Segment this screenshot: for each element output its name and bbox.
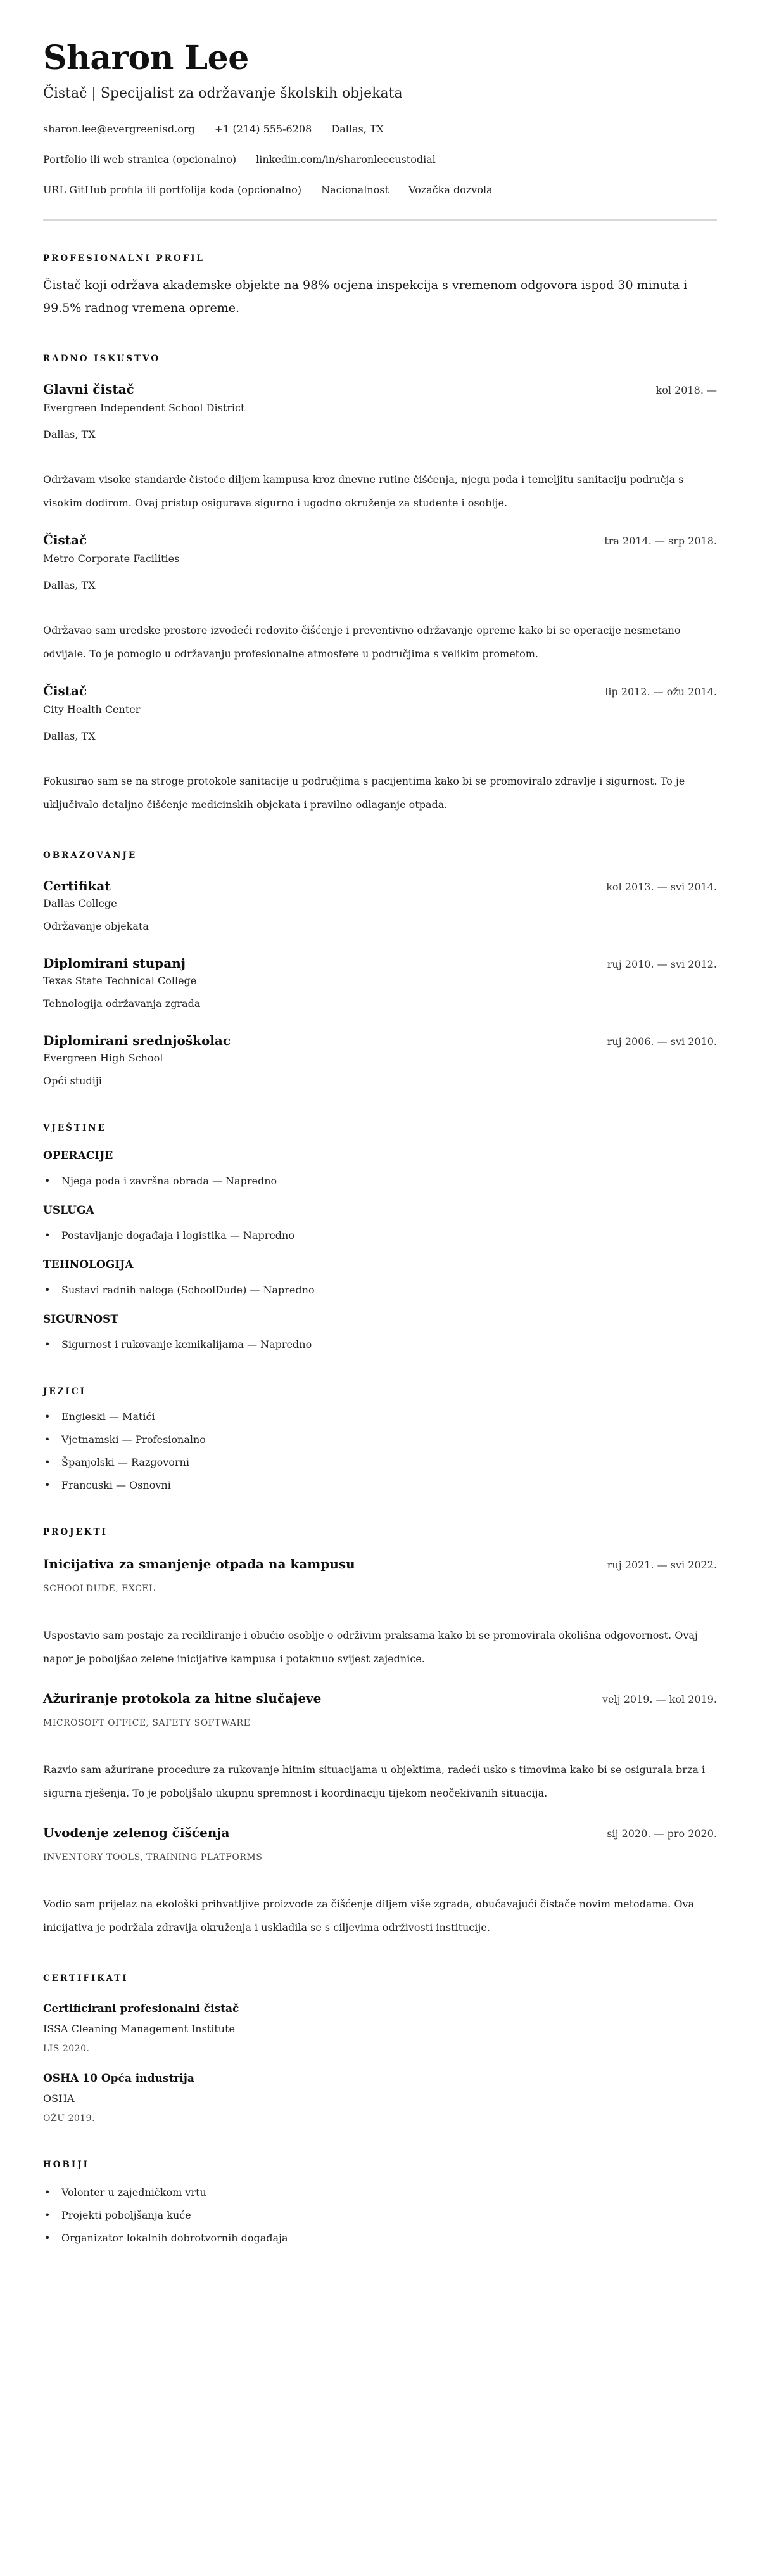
hobbies-list: •Volonter u zajedničkom vrtu•Projekti po… <box>43 2185 717 2246</box>
bullet-icon: • <box>44 2231 50 2246</box>
skill-text: Njega poda i završna obrada — Napredno <box>61 1175 277 1187</box>
entry-header: Inicijativa za smanjenje otpada na kampu… <box>43 1555 717 1573</box>
bullet-icon: • <box>44 1228 50 1243</box>
school-name: Texas State Technical College <box>43 973 717 989</box>
contact-line-1: sharon.lee@evergreenisd.org +1 (214) 555… <box>43 122 717 137</box>
github-link[interactable]: URL GitHub profila ili portfolija koda (… <box>43 184 301 196</box>
project-name: Uvođenje zelenog čišćenja <box>43 1824 229 1842</box>
project-dates: velj 2019. — kol 2019. <box>602 1692 717 1707</box>
company-name: Metro Corporate Facilities <box>43 551 717 567</box>
email-link[interactable]: sharon.lee@evergreenisd.org <box>43 123 195 135</box>
bullet-icon: • <box>44 1455 50 1470</box>
portfolio-link[interactable]: Portfolio ili web stranica (opcionalno) <box>43 153 236 165</box>
school-name: Evergreen High School <box>43 1051 717 1066</box>
hobby-item: •Projekti poboljšanja kuće <box>43 2208 717 2223</box>
languages-list: •Engleski — Matići•Vjetnamski — Profesio… <box>43 1409 717 1493</box>
section-title-profile: Profesionalni profil <box>43 252 717 265</box>
drivers-license-text: Vozačka dozvola <box>408 184 493 196</box>
job-location: Dallas, TX <box>43 729 717 744</box>
skill-group-title: TEHNOLOGIJA <box>43 1257 717 1272</box>
section-title-education: Obrazovanje <box>43 849 717 862</box>
job-dates: lip 2012. — ožu 2014. <box>605 684 717 700</box>
skill-group: SIGURNOST•Sigurnost i rukovanje kemikali… <box>43 1312 717 1352</box>
skill-text: Sustavi radnih naloga (SchoolDude) — Nap… <box>61 1284 315 1296</box>
linkedin-link[interactable]: linkedin.com/in/sharonleecustodial <box>256 153 436 165</box>
projects-list: Inicijativa za smanjenje otpada na kampu… <box>43 1555 717 1939</box>
entry-header: Certifikatkol 2013. — svi 2014. <box>43 877 717 895</box>
resume-header: Sharon Lee Čistač | Specijalist za održa… <box>43 37 717 221</box>
skill-group-title: OPERACIJE <box>43 1148 717 1163</box>
job-dates: tra 2014. — srp 2018. <box>604 534 717 549</box>
language-item: •Vjetnamski — Profesionalno <box>43 1432 717 1447</box>
resume-page: Sharon Lee Čistač | Specijalist za održa… <box>0 0 760 2291</box>
header-divider <box>43 219 717 221</box>
entry-header: Čistačlip 2012. — ožu 2014. <box>43 682 717 700</box>
skill-text: Postavljanje događaja i logistika — Napr… <box>61 1229 294 1241</box>
entry-header: Ažuriranje protokola za hitne slučajevev… <box>43 1689 717 1707</box>
bullet-icon: • <box>44 1283 50 1298</box>
project-dates: sij 2020. — pro 2020. <box>607 1826 717 1842</box>
project-name: Ažuriranje protokola za hitne slučajeve <box>43 1689 321 1707</box>
skill-items: •Postavljanje događaja i logistika — Nap… <box>43 1228 717 1243</box>
bullet-icon: • <box>44 2185 50 2200</box>
skill-group: OPERACIJE•Njega poda i završna obrada — … <box>43 1148 717 1189</box>
projects-section: Projekti Inicijativa za smanjenje otpada… <box>43 1526 717 1939</box>
education-entry: Certifikatkol 2013. — svi 2014.Dallas Co… <box>43 877 717 934</box>
language-item: •Francuski — Osnovni <box>43 1478 717 1493</box>
experience-entry: Čistačlip 2012. — ožu 2014.City Health C… <box>43 682 717 816</box>
experience-list: Glavni čistačkol 2018. —Evergreen Indepe… <box>43 380 717 816</box>
section-title-skills: Vještine <box>43 1122 717 1134</box>
field-of-study: Održavanje objekata <box>43 919 717 934</box>
languages-section: Jezici •Engleski — Matići•Vjetnamski — P… <box>43 1385 717 1493</box>
contact-line-3: URL GitHub profila ili portfolija koda (… <box>43 183 717 198</box>
phone-link[interactable]: +1 (214) 555-6208 <box>215 123 312 135</box>
hobbies-section: Hobiji •Volonter u zajedničkom vrtu•Proj… <box>43 2158 717 2246</box>
education-dates: ruj 2006. — svi 2010. <box>607 1034 717 1049</box>
skill-item: •Postavljanje događaja i logistika — Nap… <box>43 1228 717 1243</box>
profile-summary: Čistač koji održava akademske objekte na… <box>43 274 717 319</box>
experience-entry: Čistačtra 2014. — srp 2018.Metro Corpora… <box>43 531 717 665</box>
field-of-study: Tehnologija održavanja zgrada <box>43 996 717 1011</box>
certificate-issuer: OSHA <box>43 2091 717 2106</box>
language-text: Vjetnamski — Profesionalno <box>61 1433 206 1445</box>
project-description: Vodio sam prijelaz na ekološki prihvatlj… <box>43 1892 717 1939</box>
certificate-entry: Certificirani profesionalni čistačISSA C… <box>43 2001 717 2056</box>
job-description: Održavam visoke standarde čistoće diljem… <box>43 468 717 515</box>
skill-group-title: USLUGA <box>43 1203 717 1218</box>
job-location: Dallas, TX <box>43 578 717 593</box>
company-name: Evergreen Independent School District <box>43 400 717 416</box>
project-entry: Ažuriranje protokola za hitne slučajevev… <box>43 1689 717 1805</box>
bullet-icon: • <box>44 1432 50 1447</box>
candidate-name: Sharon Lee <box>43 37 717 80</box>
language-item: •Engleski — Matići <box>43 1409 717 1425</box>
skill-items: •Sustavi radnih naloga (SchoolDude) — Na… <box>43 1283 717 1298</box>
certificate-issuer: ISSA Cleaning Management Institute <box>43 2022 717 2037</box>
entry-header: Uvođenje zelenog čišćenjasij 2020. — pro… <box>43 1824 717 1842</box>
education-list: Certifikatkol 2013. — svi 2014.Dallas Co… <box>43 877 717 1089</box>
project-entry: Inicijativa za smanjenje otpada na kampu… <box>43 1555 717 1670</box>
project-technologies: SchoolDude, Excel <box>43 1582 717 1596</box>
entry-header: Čistačtra 2014. — srp 2018. <box>43 531 717 549</box>
bullet-icon: • <box>44 1409 50 1425</box>
degree-name: Diplomirani stupanj <box>43 954 186 972</box>
skill-items: •Njega poda i završna obrada — Napredno <box>43 1174 717 1189</box>
skill-items: •Sigurnost i rukovanje kemikalijama — Na… <box>43 1337 717 1352</box>
experience-entry: Glavni čistačkol 2018. —Evergreen Indepe… <box>43 380 717 515</box>
job-description: Fokusirao sam se na stroge protokole san… <box>43 769 717 816</box>
skill-group: USLUGA•Postavljanje događaja i logistika… <box>43 1203 717 1243</box>
hobby-text: Volonter u zajedničkom vrtu <box>61 2186 206 2198</box>
certificate-name: OSHA 10 Opća industrija <box>43 2071 717 2086</box>
skill-item: •Sustavi radnih naloga (SchoolDude) — Na… <box>43 1283 717 1298</box>
skill-group: TEHNOLOGIJA•Sustavi radnih naloga (Schoo… <box>43 1257 717 1298</box>
section-title-certificates: Certifikati <box>43 1972 717 1985</box>
bullet-icon: • <box>44 2208 50 2223</box>
location-text: Dallas, TX <box>331 123 384 135</box>
degree-name: Certifikat <box>43 877 111 895</box>
nationality-text: Nacionalnost <box>321 184 389 196</box>
job-dates: kol 2018. — <box>656 383 717 398</box>
field-of-study: Opći studiji <box>43 1073 717 1089</box>
hobby-item: •Volonter u zajedničkom vrtu <box>43 2185 717 2200</box>
bullet-icon: • <box>44 1174 50 1189</box>
project-technologies: Inventory Tools, Training Platforms <box>43 1850 717 1864</box>
skills-section: Vještine OPERACIJE•Njega poda i završna … <box>43 1122 717 1352</box>
section-title-hobbies: Hobiji <box>43 2158 717 2171</box>
project-dates: ruj 2021. — svi 2022. <box>607 1558 717 1573</box>
certificate-name: Certificirani profesionalni čistač <box>43 2001 717 2016</box>
education-dates: ruj 2010. — svi 2012. <box>607 957 717 972</box>
bullet-icon: • <box>44 1337 50 1352</box>
entry-header: Diplomirani srednjoškolacruj 2006. — svi… <box>43 1032 717 1049</box>
skill-group-title: SIGURNOST <box>43 1312 717 1327</box>
language-text: Engleski — Matići <box>61 1411 155 1423</box>
language-text: Francuski — Osnovni <box>61 1479 171 1491</box>
education-entry: Diplomirani stupanjruj 2010. — svi 2012.… <box>43 954 717 1011</box>
education-entry: Diplomirani srednjoškolacruj 2006. — svi… <box>43 1032 717 1089</box>
job-title: Čistač <box>43 682 87 700</box>
certificate-entry: OSHA 10 Opća industrijaOSHAožu 2019. <box>43 2071 717 2125</box>
section-title-experience: Radno iskustvo <box>43 352 717 365</box>
job-description: Održavao sam uredske prostore izvodeći r… <box>43 618 717 665</box>
company-name: City Health Center <box>43 702 717 717</box>
bullet-icon: • <box>44 1478 50 1493</box>
certificate-date: lis 2020. <box>43 2042 717 2056</box>
entry-header: Diplomirani stupanjruj 2010. — svi 2012. <box>43 954 717 972</box>
skill-item: •Njega poda i završna obrada — Napredno <box>43 1174 717 1189</box>
candidate-headline: Čistač | Specijalist za održavanje škols… <box>43 84 717 104</box>
hobby-item: •Organizator lokalnih dobrotvornih događ… <box>43 2231 717 2246</box>
project-description: Razvio sam ažurirane procedure za rukova… <box>43 1758 717 1805</box>
hobby-text: Organizator lokalnih dobrotvornih događa… <box>61 2232 288 2244</box>
job-title: Glavni čistač <box>43 380 134 398</box>
certificate-date: ožu 2019. <box>43 2111 717 2125</box>
section-title-projects: Projekti <box>43 1526 717 1539</box>
project-name: Inicijativa za smanjenje otpada na kampu… <box>43 1555 355 1573</box>
hobby-text: Projekti poboljšanja kuće <box>61 2209 191 2221</box>
contact-line-2: Portfolio ili web stranica (opcionalno) … <box>43 152 717 167</box>
job-title: Čistač <box>43 531 87 549</box>
education-dates: kol 2013. — svi 2014. <box>606 880 717 895</box>
section-title-languages: Jezici <box>43 1385 717 1398</box>
skill-item: •Sigurnost i rukovanje kemikalijama — Na… <box>43 1337 717 1352</box>
job-location: Dallas, TX <box>43 427 717 442</box>
language-item: •Španjolski — Razgovorni <box>43 1455 717 1470</box>
skills-list: OPERACIJE•Njega poda i završna obrada — … <box>43 1148 717 1352</box>
certificates-list: Certificirani profesionalni čistačISSA C… <box>43 2001 717 2125</box>
profile-section: Profesionalni profil Čistač koji održava… <box>43 252 717 319</box>
skill-text: Sigurnost i rukovanje kemikalijama — Nap… <box>61 1338 312 1350</box>
project-description: Uspostavio sam postaje za recikliranje i… <box>43 1624 717 1670</box>
project-entry: Uvođenje zelenog čišćenjasij 2020. — pro… <box>43 1824 717 1939</box>
education-section: Obrazovanje Certifikatkol 2013. — svi 20… <box>43 849 717 1089</box>
certificates-section: Certifikati Certificirani profesionalni … <box>43 1972 717 2125</box>
school-name: Dallas College <box>43 896 717 911</box>
degree-name: Diplomirani srednjoškolac <box>43 1032 231 1049</box>
project-technologies: Microsoft Office, Safety Software <box>43 1716 717 1730</box>
language-text: Španjolski — Razgovorni <box>61 1456 189 1468</box>
experience-section: Radno iskustvo Glavni čistačkol 2018. —E… <box>43 352 717 816</box>
entry-header: Glavni čistačkol 2018. — <box>43 380 717 398</box>
